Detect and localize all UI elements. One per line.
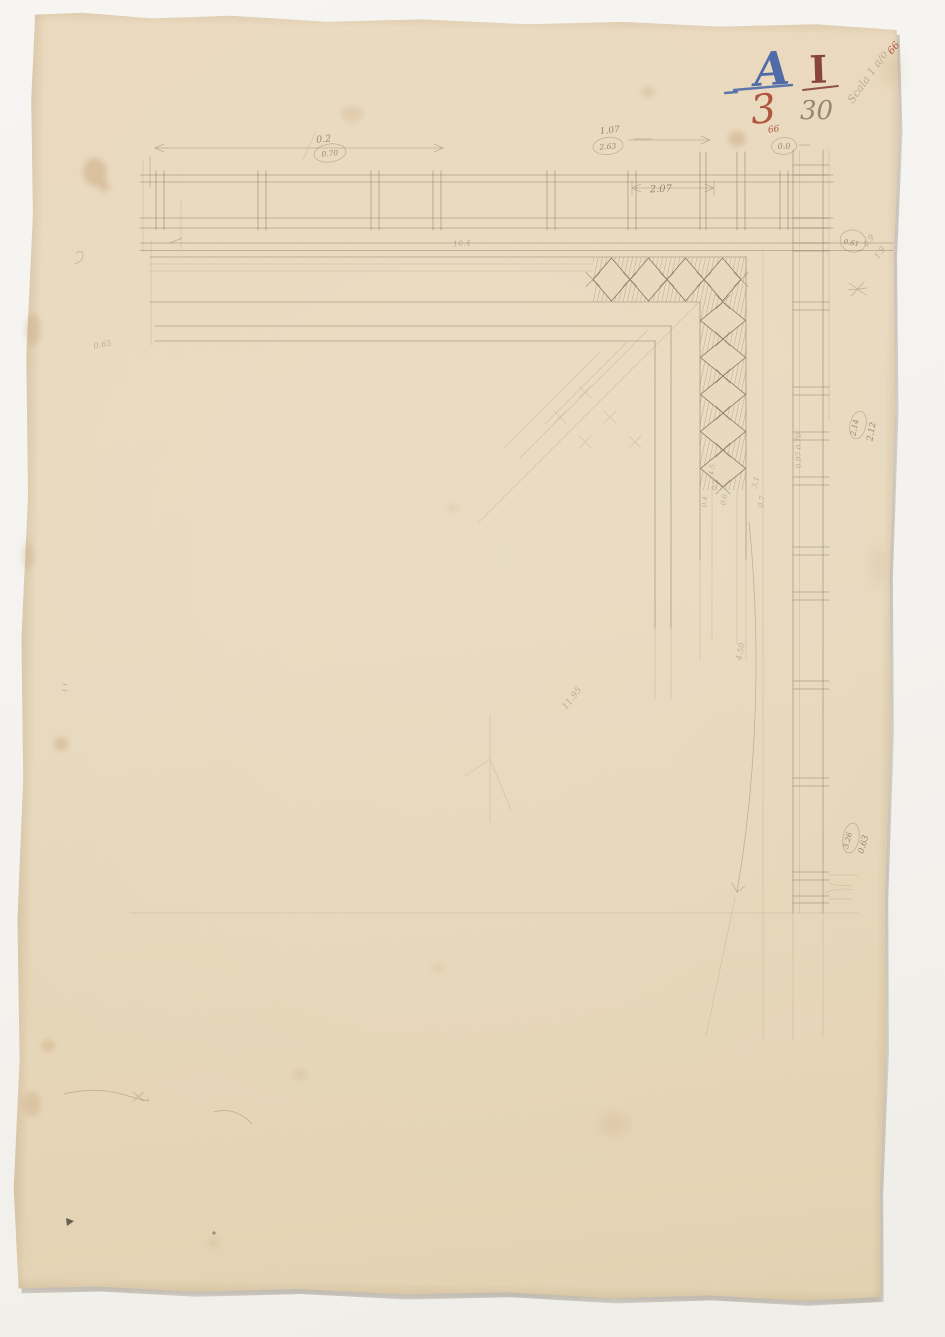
dim-2-12: 2.12 xyxy=(865,421,878,442)
dim-0-65: 0.65 xyxy=(93,338,112,351)
dim-0-97-rot: 0.97 xyxy=(794,451,803,468)
dim-3-1: 3.1 xyxy=(750,475,762,489)
dim-2-63-circled: 2.63 xyxy=(598,141,617,151)
dim-1-07: 1.07 xyxy=(599,125,620,137)
drawing-layer: 0.2 0.70 1.07 2.63 0.0 66 2.07 10.4 0.65… xyxy=(0,0,945,1337)
dim-0-0-circled: 0.0 xyxy=(778,142,791,151)
corner-frame xyxy=(150,257,748,700)
dim-4-50: 4.50 xyxy=(734,642,747,662)
dim-10-4: 10.4 xyxy=(453,238,471,248)
dim-0-2: 0.2 xyxy=(316,133,332,146)
inscription-number-3: 3 xyxy=(748,86,778,134)
top-beam-plan xyxy=(140,131,893,345)
inscription-numeral-i: I xyxy=(809,46,828,92)
archive-inscriptions: A I 3 30 Scala 1 a/o xyxy=(725,41,891,134)
dim-11-95: 11.95 xyxy=(561,685,585,712)
diamond-lattice-band xyxy=(586,258,748,495)
miter-construction-lines xyxy=(478,303,698,523)
dimension-annotations: 0.2 0.70 1.07 2.63 0.0 66 2.07 10.4 0.65… xyxy=(93,39,903,854)
dim-0-2b: 0.2 xyxy=(711,478,720,490)
inscription-number-30: 30 xyxy=(800,96,833,126)
dim-0-4: 0.4 xyxy=(701,496,710,508)
dim-0-6: 0.6 xyxy=(719,493,729,506)
right-section-strip xyxy=(130,150,858,1040)
dim-0-70-circled: 0.70 xyxy=(321,148,339,159)
dim-0-7: 0.7 xyxy=(756,495,767,509)
dim-3-26-circled: 3.26 xyxy=(841,831,854,850)
dim-2-07: 2.07 xyxy=(649,184,673,196)
dim-0-70-rot: 0.70 xyxy=(794,432,803,449)
dim-2-14-circled: 2.14 xyxy=(848,418,860,437)
foxing-stains xyxy=(22,53,903,1247)
scan-backdrop: 0.2 0.70 1.07 2.63 0.0 66 2.07 10.4 0.65… xyxy=(0,0,945,1337)
dim-4-5: 4.5 xyxy=(707,463,716,476)
dim-0-61-circled: 0.61 xyxy=(843,238,860,249)
dim-1-9: 1.9 xyxy=(873,245,888,261)
